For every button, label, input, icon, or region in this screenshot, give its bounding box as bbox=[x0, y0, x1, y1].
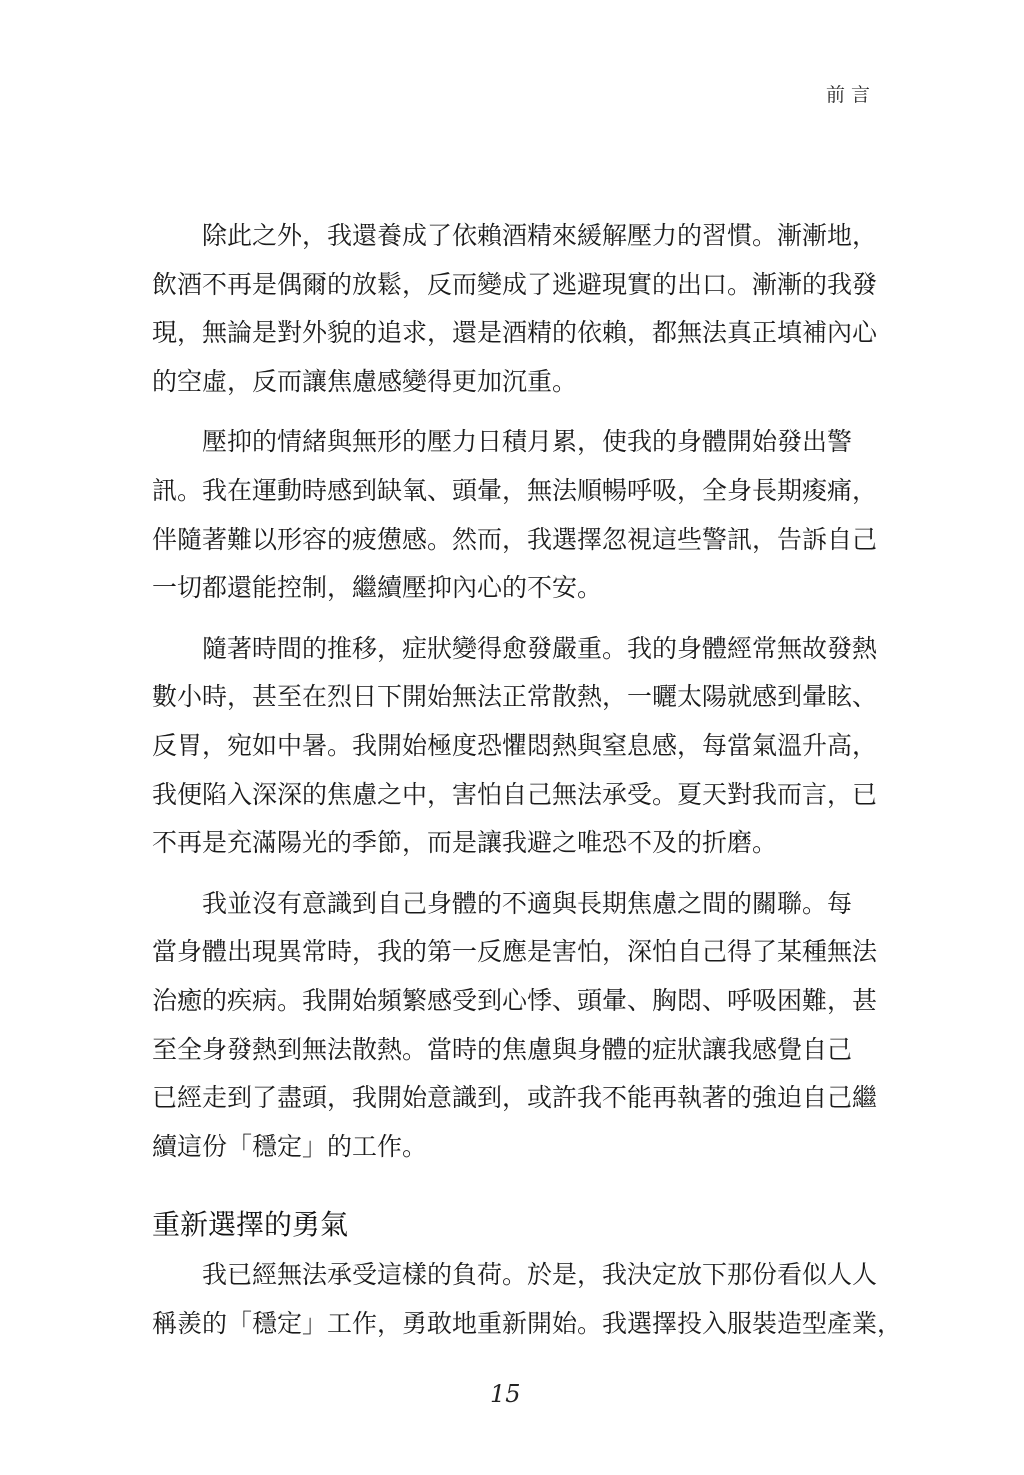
text-line: 我便陷入深深的焦慮之中，害怕自己無法承受。夏天對我而言，已 bbox=[152, 771, 882, 820]
text-line: 我並沒有意識到自己身體的不適與長期焦慮之間的關聯。每 bbox=[152, 880, 882, 929]
text-line: 一切都還能控制，繼續壓抑內心的不安。 bbox=[152, 564, 882, 613]
text-line: 隨著時間的推移，症狀變得愈發嚴重。我的身體經常無故發熱 bbox=[152, 625, 882, 674]
text-line: 反胃，宛如中暑。我開始極度恐懼悶熱與窒息感，每當氣溫升高， bbox=[152, 722, 882, 771]
text-line: 現，無論是對外貌的追求，還是酒精的依賴，都無法真正填補內心 bbox=[152, 309, 882, 358]
paragraph-2: 壓抑的情緒與無形的壓力日積月累，使我的身體開始發出警 訊。我在運動時感到缺氧、頭… bbox=[152, 418, 882, 612]
text-line: 至全身發熱到無法散熱。當時的焦慮與身體的症狀讓我感覺自己 bbox=[152, 1026, 882, 1075]
page-body: 除此之外，我還養成了依賴酒精來緩解壓力的習慣。漸漸地， 飲酒不再是偶爾的放鬆，反… bbox=[152, 212, 882, 1348]
text-line: 數小時，甚至在烈日下開始無法正常散熱，一曬太陽就感到暈眩、 bbox=[152, 673, 882, 722]
text-line: 已經走到了盡頭，我開始意識到，或許我不能再執著的強迫自己繼 bbox=[152, 1074, 882, 1123]
paragraph-1: 除此之外，我還養成了依賴酒精來緩解壓力的習慣。漸漸地， 飲酒不再是偶爾的放鬆，反… bbox=[152, 212, 882, 406]
text-line: 當身體出現異常時，我的第一反應是害怕，深怕自己得了某種無法 bbox=[152, 928, 882, 977]
text-line: 稱羨的「穩定」工作，勇敢地重新開始。我選擇投入服裝造型產業， bbox=[152, 1300, 882, 1349]
text-line: 飲酒不再是偶爾的放鬆，反而變成了逃避現實的出口。漸漸的我發 bbox=[152, 261, 882, 310]
text-line: 不再是充滿陽光的季節，而是讓我避之唯恐不及的折磨。 bbox=[152, 819, 882, 868]
text-line: 訊。我在運動時感到缺氧、頭暈，無法順暢呼吸，全身長期痠痛， bbox=[152, 467, 882, 516]
text-line: 續這份「穩定」的工作。 bbox=[152, 1123, 882, 1172]
text-line: 治癒的疾病。我開始頻繁感受到心悸、頭暈、胸悶、呼吸困難，甚 bbox=[152, 977, 882, 1026]
text-line: 除此之外，我還養成了依賴酒精來緩解壓力的習慣。漸漸地， bbox=[152, 212, 882, 261]
text-line: 我已經無法承受這樣的負荷。於是，我決定放下那份看似人人 bbox=[152, 1251, 882, 1300]
text-line: 壓抑的情緒與無形的壓力日積月累，使我的身體開始發出警 bbox=[152, 418, 882, 467]
page-number: 15 bbox=[490, 1380, 521, 1408]
paragraph-4: 我並沒有意識到自己身體的不適與長期焦慮之間的關聯。每 當身體出現異常時，我的第一… bbox=[152, 880, 882, 1172]
text-line: 的空虛，反而讓焦慮感變得更加沉重。 bbox=[152, 358, 882, 407]
paragraph-3: 隨著時間的推移，症狀變得愈發嚴重。我的身體經常無故發熱 數小時，甚至在烈日下開始… bbox=[152, 625, 882, 868]
text-line: 伴隨著難以形容的疲憊感。然而，我選擇忽視這些警訊，告訴自己 bbox=[152, 516, 882, 565]
section-paragraph: 我已經無法承受這樣的負荷。於是，我決定放下那份看似人人 稱羨的「穩定」工作，勇敢… bbox=[152, 1251, 882, 1348]
running-header: 前言 bbox=[826, 80, 876, 107]
section-title: 重新選擇的勇氣 bbox=[152, 1205, 882, 1245]
